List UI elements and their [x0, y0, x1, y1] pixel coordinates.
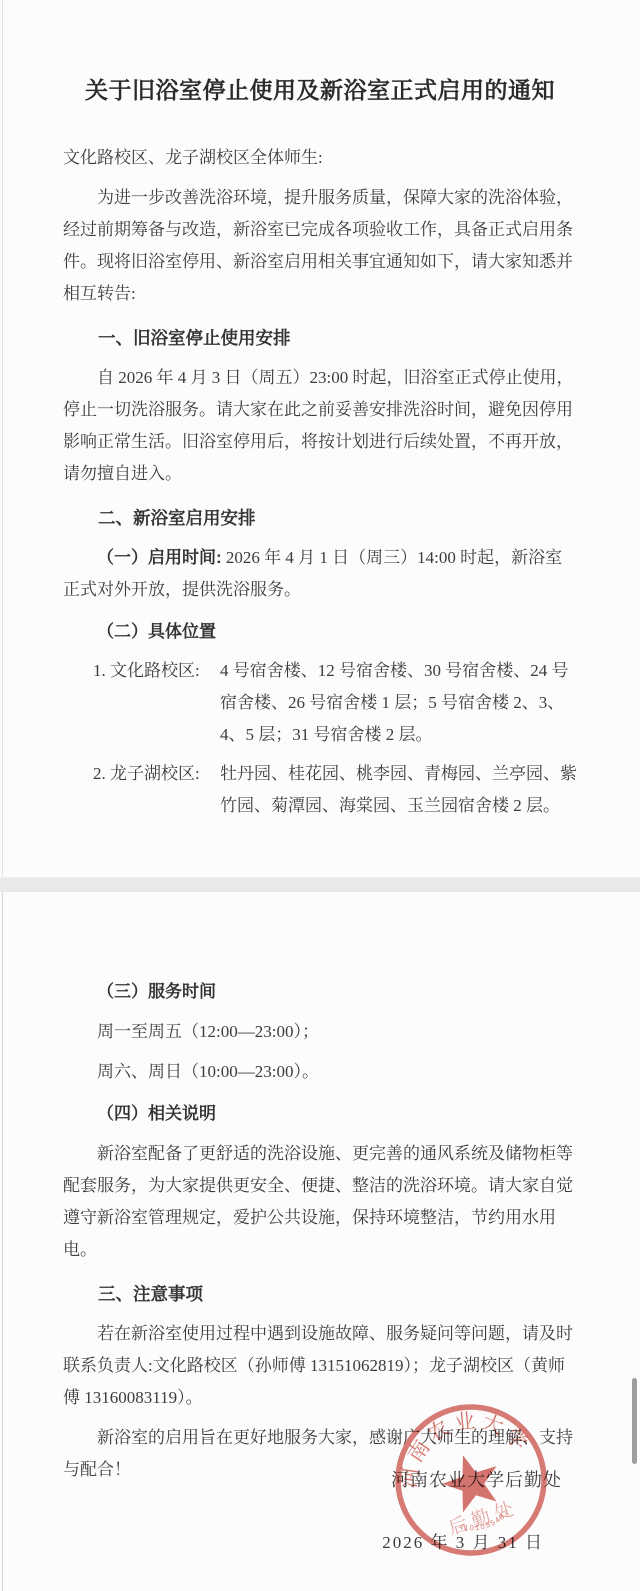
section3-heading: 三、注意事项 [63, 1278, 577, 1310]
section2-heading: 二、新浴室启用安排 [63, 502, 577, 534]
section2-item1: （一）启用时间: 2026 年 4 月 1 日（周三）14:00 时起，新浴室正… [63, 542, 577, 606]
item3-label: （三）服务时间 [63, 976, 577, 1008]
scanned-page-2: （三）服务时间 周一至周五（12:00—23:00）； 周六、周日（10:00—… [0, 892, 640, 1591]
scrollbar-thumb[interactable] [632, 1378, 637, 1464]
item4-body: 新浴室配备了更舒适的洗浴设施、更完善的通风系统及储物柜等配套服务，为大家提供更安… [63, 1138, 577, 1266]
service-hours-weekend: 周六、周日（10:00—23:00）。 [63, 1056, 577, 1088]
scanned-page-1: 关于旧浴室停止使用及新浴室正式启用的通知 文化路校区、龙子湖校区全体师生: 为进… [0, 0, 640, 877]
section1-body: 自 2026 年 4 月 3 日（周五）23:00 时起，旧浴室正式停止使用，停… [63, 362, 577, 490]
page-separator [0, 877, 640, 892]
location-label: 1. 文化路校区: [93, 655, 200, 687]
location-item-longzihu: 2. 龙子湖校区:牡丹园、桂花园、桃李园、青梅园、兰亭园、紫竹园、菊潭园、海棠园… [63, 758, 577, 822]
seal-dept-text: 后勤处 [446, 1496, 521, 1539]
page-title: 关于旧浴室停止使用及新浴室正式启用的通知 [63, 0, 577, 108]
location-text: 4 号宿舍楼、12 号宿舍楼、30 号宿舍楼、24 号宿舍楼、26 号宿舍楼 1… [220, 661, 569, 744]
section1-heading: 一、旧浴室停止使用安排 [63, 322, 577, 354]
intro-paragraph: 为进一步改善洗浴环境，提升服务质量，保障大家的洗浴体验，经过前期筹备与改造，新浴… [63, 182, 577, 310]
item1-label: （一）启用时间: [97, 548, 222, 567]
location-item-wenhua: 1. 文化路校区:4 号宿舍楼、12 号宿舍楼、30 号宿舍楼、24 号宿舍楼、… [63, 655, 577, 751]
item2-label: （二）具体位置 [63, 616, 577, 648]
location-text: 牡丹园、桂花园、桃李园、青梅园、兰亭园、紫竹园、菊潭园、海棠园、玉兰园宿舍楼 2… [220, 764, 577, 815]
item4-label: （四）相关说明 [63, 1098, 577, 1130]
official-seal: 河南农业大学 后勤处 4101055487 [391, 1400, 551, 1560]
service-hours-weekday: 周一至周五（12:00—23:00）； [63, 1016, 577, 1048]
salutation: 文化路校区、龙子湖校区全体师生: [63, 142, 577, 174]
location-label: 2. 龙子湖校区: [93, 758, 200, 790]
